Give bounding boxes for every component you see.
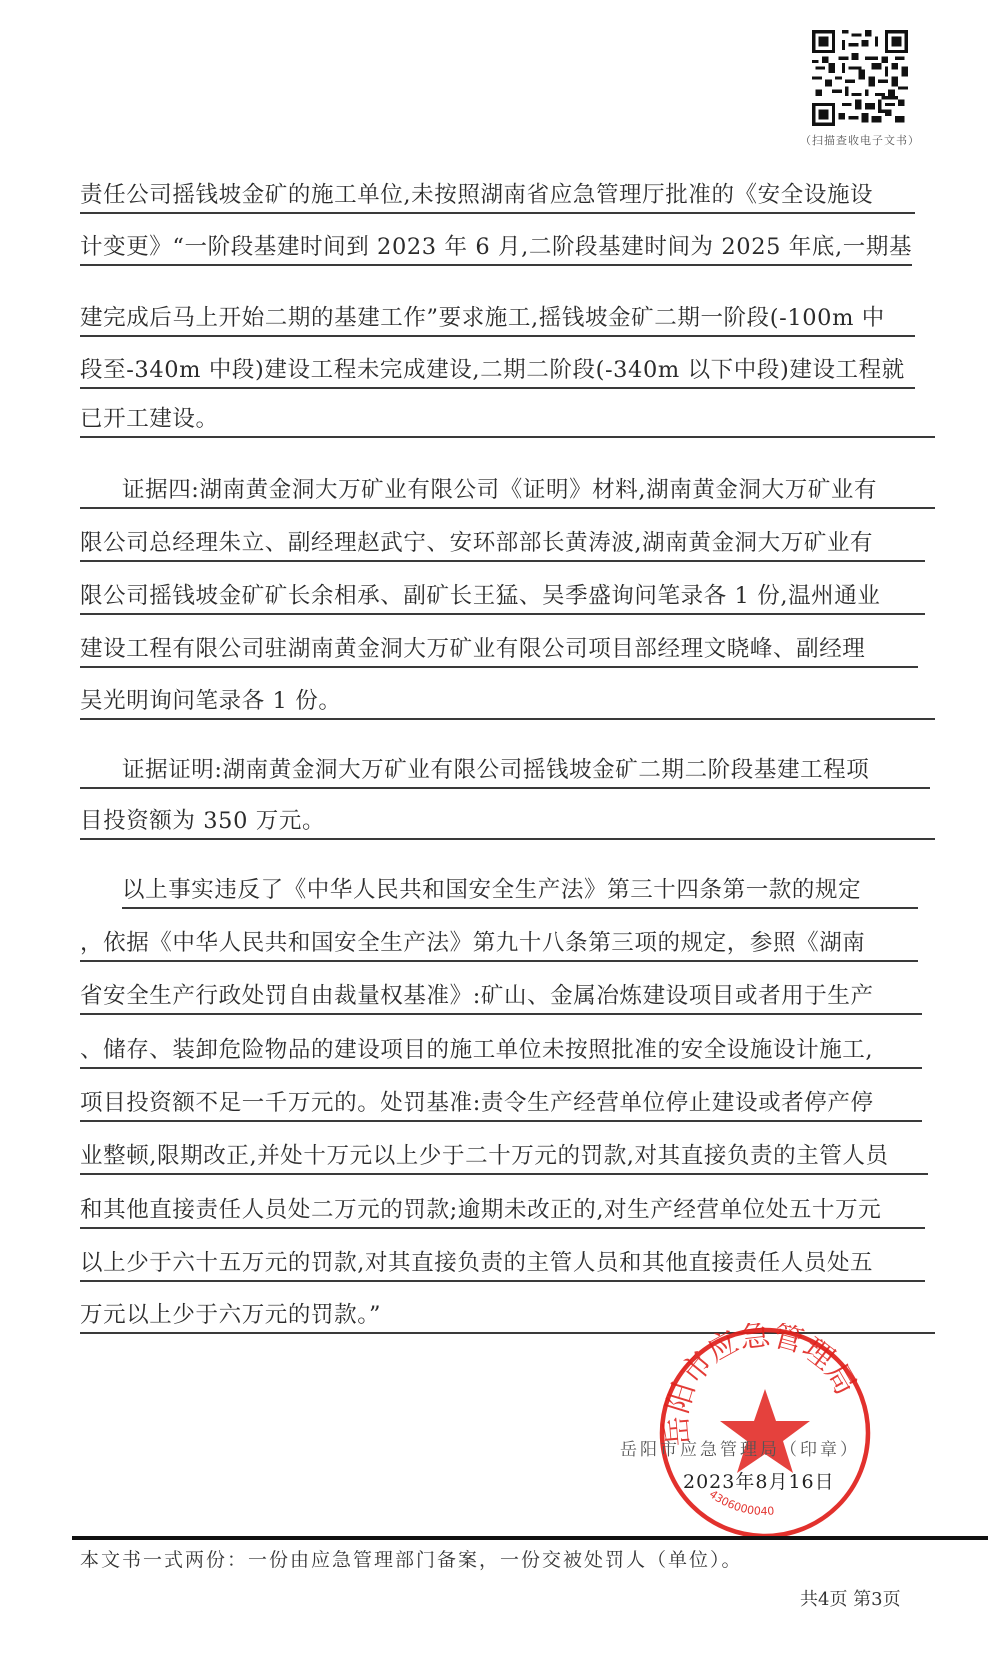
footer-note: 本文书一式两份：一份由应急管理部门备案，一份交被处罚人（单位）。 [80, 1545, 743, 1572]
underline-rule [80, 838, 935, 840]
footer-divider [72, 1536, 988, 1540]
qr-caption: （扫描查收电子文书） [770, 132, 950, 148]
text-line: 段至-340m 中段)建设工程未完成建设,二期二阶段(-340m 以下中段)建设… [80, 355, 905, 385]
text-line: 计变更》“一阶段基建时间到 2023 年 6 月,二阶段基建时间为 2025 年… [80, 232, 912, 262]
text-line: 建完成后马上开始二期的基建工作”要求施工,摇钱坡金矿二期一阶段(-100m 中 [80, 303, 885, 333]
underline-rule [80, 1332, 935, 1334]
underline-rule [80, 960, 918, 962]
svg-text:岳阳市应急管理局: 岳阳市应急管理局 [659, 1323, 863, 1448]
signature-date: 2023年8月16日 [683, 1467, 835, 1494]
text-line: 以上事实违反了《中华人民共和国安全生产法》第三十四条第一款的规定 [122, 875, 861, 905]
text-line: 、储存、装卸危险物品的建设项目的施工单位未按照批准的安全设施设计施工, [80, 1035, 873, 1065]
text-line: 省安全生产行政处罚自由裁量权基准》:矿山、金属冶炼建设项目或者用于生产 [80, 981, 874, 1011]
underline-rule [80, 436, 935, 438]
underline-rule [80, 212, 915, 214]
seal-arc-text: 岳阳市应急管理局 [659, 1323, 863, 1448]
text-line: 责任公司摇钱坡金矿的施工单位,未按照湖南省应急管理厅批准的《安全设施设 [80, 180, 873, 210]
underline-rule [80, 666, 918, 668]
underline-rule [80, 1280, 925, 1282]
text-line: 业整顿,限期改正,并处十万元以上少于二十万元的罚款,对其直接负责的主管人员 [80, 1141, 889, 1171]
text-line: 证据证明:湖南黄金洞大万矿业有限公司摇钱坡金矿二期二阶段基建工程项 [122, 755, 869, 785]
qr-code-icon[interactable] [812, 30, 908, 126]
page-number: 共4页 第3页 [800, 1585, 901, 1611]
underline-rule [80, 335, 915, 337]
text-line: 和其他直接责任人员处二万元的罚款;逾期未改正的,对生产经营单位处五十万元 [80, 1195, 881, 1225]
underline-rule [80, 1227, 925, 1229]
underline-rule [80, 787, 930, 789]
underline-rule [80, 1173, 928, 1175]
underline-rule [80, 264, 912, 266]
text-line: 已开工建设。 [80, 404, 219, 434]
underline-rule [80, 718, 935, 720]
underline-rule [80, 1013, 922, 1015]
text-line: 以上少于六十五万元的罚款,对其直接负责的主管人员和其他直接责任人员处五 [80, 1248, 873, 1278]
underline-rule [80, 613, 925, 615]
text-line: 证据四:湖南黄金洞大万矿业有限公司《证明》材料,湖南黄金洞大万矿业有 [122, 475, 877, 505]
signature-organization: 岳阳市应急管理局（印章） [620, 1435, 860, 1460]
text-line: 目投资额为 350 万元。 [80, 806, 325, 836]
underline-rule [80, 387, 915, 389]
underline-rule [80, 507, 935, 509]
text-line: 限公司总经理朱立、副经理赵武宁、安环部部长黄涛波,湖南黄金洞大万矿业有 [80, 528, 873, 558]
text-line: 限公司摇钱坡金矿矿长余相承、副矿长王猛、吴季盛询问笔录各 1 份,温州通业 [80, 581, 880, 611]
text-line: 项目投资额不足一千万元的。处罚基准:责令生产经营单位停止建设或者停产停 [80, 1088, 874, 1118]
text-line: ，依据《中华人民共和国安全生产法》第九十八条第三项的规定，参照《湖南 [80, 928, 865, 958]
text-line: 吴光明询问笔录各 1 份。 [80, 686, 341, 716]
text-line: 建设工程有限公司驻湖南黄金洞大万矿业有限公司项目部经理文晓峰、副经理 [80, 634, 865, 664]
underline-rule [80, 560, 925, 562]
text-line: 万元以上少于六万元的罚款。” [80, 1300, 381, 1330]
official-seal-icon: 岳阳市应急管理局 4306000040 [655, 1323, 875, 1543]
underline-rule [122, 907, 918, 909]
underline-rule [80, 1067, 922, 1069]
qr-code-block: （扫描查收电子文书） [770, 30, 950, 148]
underline-rule [80, 1120, 922, 1122]
